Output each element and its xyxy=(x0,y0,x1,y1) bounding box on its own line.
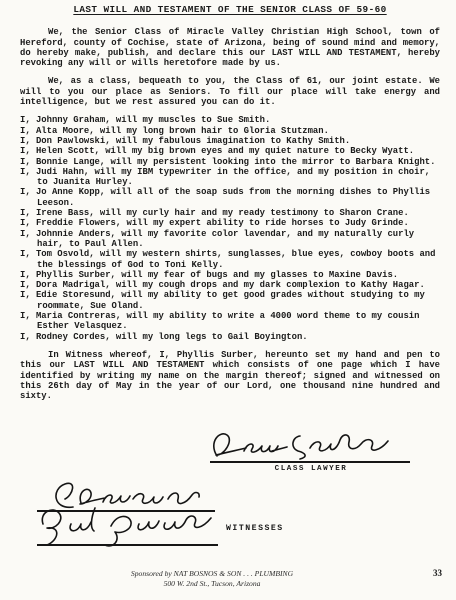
sponsor-line-1: Sponsored by NAT BOSNOS & SON . . . PLUM… xyxy=(0,569,424,579)
bequest-item: I, Freddie Flowers, will my expert abili… xyxy=(20,218,440,228)
document-body: LAST WILL AND TESTAMENT OF THE SENIOR CL… xyxy=(0,0,456,401)
witnesses-label: WITNESSES xyxy=(226,524,284,534)
witness-signature-2 xyxy=(35,502,220,554)
bequest-item: I, Tom Osvold, will my western shirts, s… xyxy=(20,249,440,270)
bequest-item: I, Rodney Cordes, will my long legs to G… xyxy=(20,332,440,342)
class-lawyer-signature-line xyxy=(210,461,410,463)
bequest-item: I, Don Pawlowski, will my fabulous imagi… xyxy=(20,136,440,146)
bequest-item: I, Dora Madrigal, will my cough drops an… xyxy=(20,280,440,290)
page-title: LAST WILL AND TESTAMENT OF THE SENIOR CL… xyxy=(20,5,440,15)
sponsor-note: Sponsored by NAT BOSNOS & SON . . . PLUM… xyxy=(0,569,424,588)
bequest-item: I, Judi Hahn, will my IBM typewriter in … xyxy=(20,167,440,188)
bequest-item: I, Johnny Graham, will my muscles to Sue… xyxy=(20,115,440,125)
document-page: LAST WILL AND TESTAMENT OF THE SENIOR CL… xyxy=(0,0,456,600)
page-number: 33 xyxy=(433,568,442,578)
class-lawyer-signature xyxy=(205,426,395,466)
bequest-item: I, Alta Moore, will my long brown hair t… xyxy=(20,126,440,136)
closing-paragraph: In Witness whereof, I, Phyllis Surber, h… xyxy=(20,350,440,401)
intro-paragraph: We, the Senior Class of Miracle Valley C… xyxy=(20,27,440,68)
bequeath-paragraph: We, as a class, bequeath to you, the Cla… xyxy=(20,76,440,107)
bequest-item: I, Phyllis Surber, will my fear of bugs … xyxy=(20,270,440,280)
bequest-list: I, Johnny Graham, will my muscles to Sue… xyxy=(20,115,440,342)
class-lawyer-label: CLASS LAWYER xyxy=(212,464,410,474)
bequest-item: I, Maria Contreras, will my ability to w… xyxy=(20,311,440,332)
sponsor-line-2: 500 W. 2nd St., Tucson, Arizona xyxy=(0,579,424,589)
bequest-item: I, Johnnie Anders, will my favorite colo… xyxy=(20,229,440,250)
bequest-item: I, Edie Storesund, will my ability to ge… xyxy=(20,290,440,311)
witness-signature-line-2 xyxy=(37,544,218,546)
bequest-item: I, Irene Bass, will my curly hair and my… xyxy=(20,208,440,218)
bequest-item: I, Helen Scott, will my big brown eyes a… xyxy=(20,146,440,156)
bequest-item: I, Jo Anne Kopp, will all of the soap su… xyxy=(20,187,440,208)
bequest-item: I, Bonnie Lange, will my persistent look… xyxy=(20,157,440,167)
